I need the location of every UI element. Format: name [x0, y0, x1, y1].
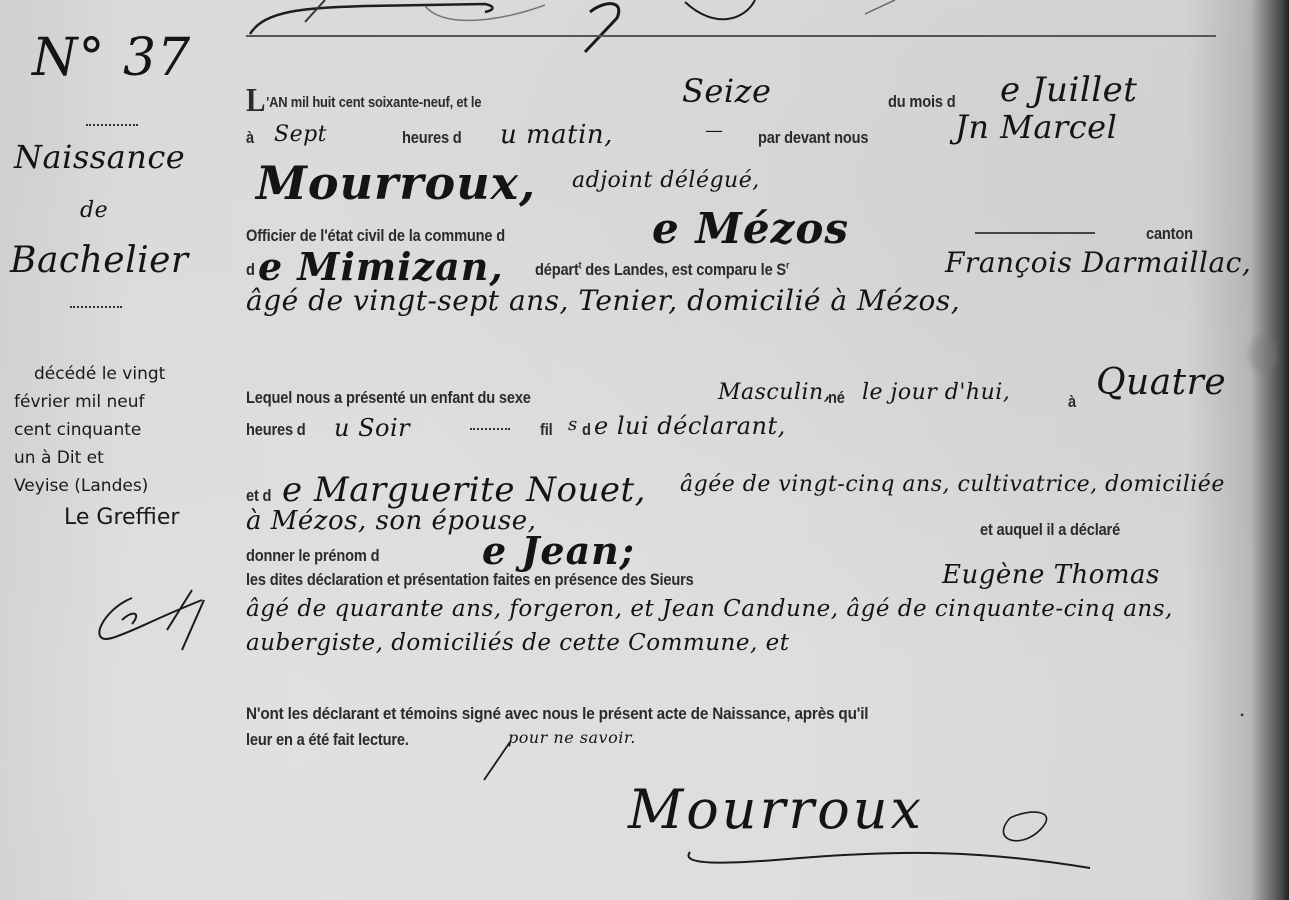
death-annotation-line: cent cinquante [14, 416, 179, 444]
death-annotation-line: Veyise (Landes) [14, 472, 179, 500]
dash-filler: — [705, 120, 724, 141]
hand-mother-details: âgée de vingt-cinq ans, cultivatrice, do… [680, 472, 1225, 497]
hand-commune: e Mézos [652, 204, 849, 253]
greffier-signature [92, 590, 232, 660]
printed-of: d [582, 420, 591, 440]
hand-period: u matin, [500, 120, 613, 150]
signature-flourish-stroke [480, 740, 520, 785]
death-annotation: décédé le vingt février mil neuf cent ci… [14, 360, 179, 532]
printed-year-clause: 'AN mil huit cent soixante-neuf, et le [266, 94, 481, 111]
registry-page: N° 37 Naissance de Bachelier décédé le v… [0, 0, 1289, 900]
hand-month: e Juillet [1000, 70, 1137, 110]
margin-section-label: Naissance [14, 138, 185, 176]
hand-son-suffix: s [568, 414, 578, 435]
printed-comparu: des Landes, est comparu le S [581, 260, 786, 279]
printed-at: à [1068, 392, 1076, 412]
printed-hours-label-2: heures d [246, 420, 306, 440]
hand-of-declarant: e lui déclarant, [594, 412, 786, 440]
printed-declared-clause: et auquel il a déclaré [980, 520, 1120, 540]
hand-sex: Masculin, [718, 380, 831, 405]
hand-birth-hour: Quatre [1096, 362, 1226, 403]
printed-presented-clause: Lequel nous a présenté un enfant du sexe [246, 388, 531, 408]
hand-officer-name: Mourroux, [256, 156, 536, 210]
printed-before-us: par devant nous [758, 128, 868, 148]
margin-divider [86, 124, 138, 126]
drop-cap: L [246, 82, 265, 119]
hand-period-2: u Soir [334, 414, 410, 442]
printed-reading-clause: leur en a été fait lecture. [246, 730, 409, 750]
hand-hour: Sept [274, 122, 327, 147]
line-1: L'AN mil huit cent soixante-neuf, et le [246, 84, 520, 118]
printed-witness-clause: les dites déclaration et présentation fa… [246, 570, 694, 590]
printed-a: à [246, 128, 254, 148]
hand-unable-to-sign: pour ne savoir. [508, 728, 636, 747]
hand-witness-residence: aubergiste, domiciliés de cette Commune,… [246, 630, 789, 656]
death-annotation-line: février mil neuf [14, 388, 179, 416]
previous-entry-flourish [245, 0, 1245, 55]
printed-signature-clause: N'ont les déclarant et témoins signé ave… [246, 704, 868, 724]
death-annotation-line: un à Dit et [14, 444, 179, 472]
hand-canton: e Mimizan, [258, 244, 504, 289]
printed-department-clause: départt des Landes, est comparu le Sr [535, 260, 789, 280]
printed-month-label: du mois d [888, 92, 955, 112]
margin-preposition: de [80, 198, 108, 223]
margin-surname: Bachelier [10, 240, 189, 281]
hand-mother-name: e Marguerite Nouet, [282, 470, 646, 510]
record-number: N° 37 [32, 28, 191, 88]
printed-canton-label: canton [1146, 224, 1193, 244]
hand-witness-details: âgé de quarante ans, forgeron, et Jean C… [246, 596, 1173, 622]
printed-officer-clause: Officier de l'état civil de la commune d [246, 226, 505, 246]
printed-text: L'AN mil huit cent soixante-neuf, et le [246, 84, 481, 118]
printed-sup: r [786, 260, 789, 271]
hand-officer-first-name: Jn Marcel [955, 108, 1117, 146]
header-rule [246, 35, 1216, 37]
printed-hours-label: heures d [402, 128, 462, 148]
printed-born: né [828, 388, 845, 408]
death-annotation-line: Le Greffier [14, 504, 179, 532]
paper-stain [1248, 336, 1278, 372]
hand-day: Seize [682, 72, 771, 110]
hand-declarant-name: François Darmaillac, [945, 246, 1251, 279]
signature-underline [680, 810, 1100, 880]
printed-son: fil [540, 420, 552, 440]
printed-first-name-clause: donner le prénom d [246, 546, 379, 566]
hand-born-date: le jour d'hui, [862, 380, 1010, 405]
margin-mark: • [1240, 708, 1244, 723]
hand-officer-role: adjoint délégué, [572, 168, 760, 193]
margin-divider-2 [70, 306, 122, 308]
hand-child-name: e Jean; [482, 528, 635, 573]
hand-declarant-details: âgé de vingt-sept ans, Tenier, domicilié… [246, 284, 960, 317]
printed-depart: départ [535, 260, 579, 279]
filler-line [470, 428, 510, 430]
filler-line [975, 232, 1095, 234]
death-annotation-line: décédé le vingt [14, 360, 179, 388]
printed-d: d [246, 260, 255, 280]
printed-and-of: et d [246, 486, 271, 506]
hand-witness-1: Eugène Thomas [942, 560, 1160, 590]
